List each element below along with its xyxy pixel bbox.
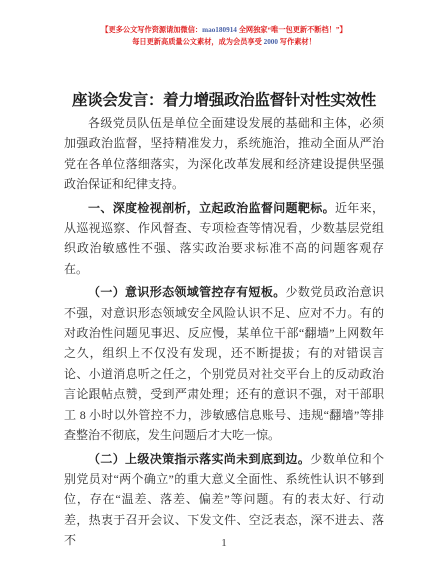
promo-line2-prefix: 每日更新高质量公文素材，成为会员享受 [132, 38, 263, 46]
promo-text-suffix: 全网独家“唯一包更新不断档！”】 [237, 26, 347, 34]
promo-header-line-1: 【更多公文写作资源请加微信：mao180914 全网独家“唯一包更新不断档！”】 [63, 24, 386, 36]
promo-line2-suffix: 写作素材！ [278, 38, 316, 46]
promo-material-count: 2000 [264, 38, 278, 46]
paragraph-text: 各级党员队伍是单位全面建设发展的基础和主体，必须加强政治监督，坚持精准发力，系统… [64, 116, 384, 191]
paragraph-intro: 各级党员队伍是单位全面建设发展的基础和主体，必须加强政治监督，坚持精准发力，系统… [64, 113, 384, 195]
page-number: 1 [0, 537, 448, 549]
promo-header: 【更多公文写作资源请加微信：mao180914 全网独家“唯一包更新不断档！”】… [63, 24, 386, 48]
paragraph-subsection-1: （一）意识形态领域管控存有短板。少数党员政治意识不强，对意识形态领域安全风险认识… [64, 282, 384, 445]
document-body: 各级党员队伍是单位全面建设发展的基础和主体，必须加强政治监督，坚持精准发力，系统… [64, 113, 384, 554]
paragraph-lead: （二）上级决策指示落实尚未到底到边。 [88, 452, 310, 466]
document-page: 【更多公文写作资源请加微信：mao180914 全网独家“唯一包更新不断档！”】… [0, 0, 448, 580]
paragraph-subsection-2: （二）上级决策指示落实尚未到底到边。少数单位和个别党员对“两个确立”的重大意义全… [64, 449, 384, 551]
paragraph-section-1: 一、深度检视剖析，立起政治监督问题靶标。近年来，从巡视巡察、作风督查、专项检查等… [64, 198, 384, 280]
promo-header-line-2: 每日更新高质量公文素材，成为会员享受 2000 写作素材！ [63, 36, 386, 48]
paragraph-lead: （一）意识形态领域管控存有短板。 [88, 285, 286, 299]
paragraph-text: 少数党员政治意识不强，对意识形态领域安全风险认识不足、应对不力。有的对政治性问题… [64, 285, 384, 442]
paragraph-lead: 一、深度检视剖析，立起政治监督问题靶标。 [88, 201, 335, 215]
promo-text-prefix: 【更多公文写作资源请加微信： [101, 26, 202, 34]
document-title: 座谈会发言：着力增强政治监督针对性实效性 [0, 88, 448, 110]
wechat-id: mao180914 [202, 26, 237, 34]
